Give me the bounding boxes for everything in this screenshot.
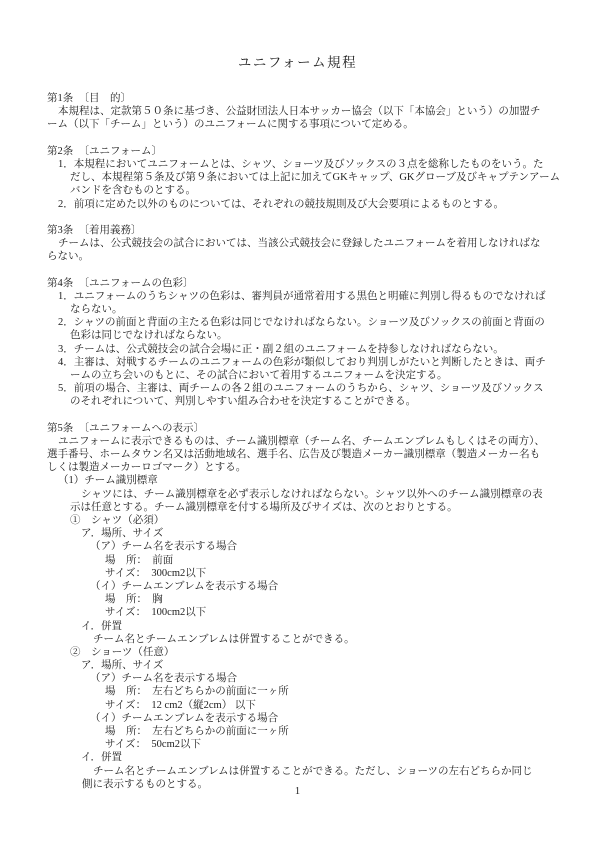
text-line: （イ）チームエンブレムを表示する場合	[47, 580, 555, 593]
text-line: （ア）チーム名を表示する場合	[47, 672, 555, 685]
blank-line	[47, 409, 555, 422]
text-line: だし、本規程第５条及び第９条においては上記に加えてGKキャップ、GKグローブ及び…	[47, 171, 555, 184]
text-line: チーム名とチームエンブレムは併置することができる。	[47, 633, 555, 646]
text-line: 4．主審は、対戦するチームのユニフォームの色彩が類似しており判別しがたいと判断し…	[47, 356, 555, 369]
text-line: 場 所： 左右どちらかの前面に一ヶ所	[47, 685, 555, 698]
text-line: 場 所： 前面	[47, 554, 555, 567]
text-line: 2．シャツの前面と背面の主たる色彩は同じでなければならない。ショーツ及びソックス…	[47, 316, 555, 329]
text-line: 場 所： 左右どちらかの前面に一ヶ所	[47, 725, 555, 738]
text-line: （1）チーム識別標章	[47, 474, 555, 487]
text-line: 第1条 〔目 的〕	[47, 92, 555, 105]
text-line: サイズ： 12 cm2（縦2cm） 以下	[47, 699, 555, 712]
text-line: 示は任意とする。チーム識別標章を付する場所及びサイズは、次のとおりとする。	[47, 501, 555, 514]
text-line: 本規程は、定款第５０条に基づき、公益財団法人日本サッカー協会（以下「本協会」とい…	[47, 105, 555, 118]
text-line: イ．併置	[47, 620, 555, 633]
text-line: ユニフォームに表示できるものは、チーム識別標章（チーム名、チームエンブレムもしく…	[47, 435, 555, 448]
text-line: ならない。	[47, 303, 555, 316]
text-line: ア．場所、サイズ	[47, 659, 555, 672]
blank-line	[47, 211, 555, 224]
text-line: ーム（以下「チーム」という）のユニフォームに関する事項について定める。	[47, 118, 555, 131]
text-line: チーム名とチームエンブレムは併置することができる。ただし、ショーツの左右どちらか…	[47, 765, 555, 778]
text-line: 第4条 〔ユニフォームの色彩〕	[47, 277, 555, 290]
text-line: 第2条 〔ユニフォーム〕	[47, 145, 555, 158]
text-line: イ．併置	[47, 751, 555, 764]
text-line: 5．前項の場合、主審は、両チームの各２組のユニフォームのうちから、シャツ、ショー…	[47, 382, 555, 395]
text-line: らない。	[47, 250, 555, 263]
text-line: 1．本規程においてユニフォームとは、シャツ、ショーツ及びソックスの３点を総称した…	[47, 158, 555, 171]
text-line: ② ショーツ（任意）	[47, 646, 555, 659]
text-line: バンドを含むものとする。	[47, 184, 555, 197]
text-line: ームの立ち会いのもとに、その試合において着用するユニフォームを決定する。	[47, 369, 555, 382]
text-line: 場 所： 胸	[47, 593, 555, 606]
text-line: 第5条 〔ユニフォームへの表示〕	[47, 422, 555, 435]
text-line: 2．前項に定めた以外のものについては、それぞれの競技規則及び大会要項によるものと…	[47, 198, 555, 211]
text-line: サイズ： 50cm2以下	[47, 738, 555, 751]
document-page: ユニフォーム規程 第1条 〔目 的〕本規程は、定款第５０条に基づき、公益財団法人…	[0, 0, 595, 841]
document-title: ユニフォーム規程	[0, 51, 595, 71]
text-line: 3．チームは、公式競技会の試合会場に正・副２組のユニフォームを持参しなければなら…	[47, 343, 555, 356]
text-line: サイズ： 100cm2以下	[47, 606, 555, 619]
text-line: サイズ： 300cm2以下	[47, 567, 555, 580]
document-body: 第1条 〔目 的〕本規程は、定款第５０条に基づき、公益財団法人日本サッカー協会（…	[47, 92, 555, 791]
text-line: （ア）チーム名を表示する場合	[47, 540, 555, 553]
text-line: のそれぞれについて、判別しやすい組み合わせを決定することができる。	[47, 395, 555, 408]
text-line: ア．場所、サイズ	[47, 527, 555, 540]
page-number: 1	[0, 786, 595, 797]
text-line: （イ）チームエンブレムを表示する場合	[47, 712, 555, 725]
text-line: ① シャツ（必須）	[47, 514, 555, 527]
blank-line	[47, 132, 555, 145]
text-line: シャツには、チーム識別標章を必ず表示しなければならない。シャツ以外へのチーム識別…	[47, 488, 555, 501]
blank-line	[47, 263, 555, 276]
text-line: 色彩は同じでなければならない。	[47, 329, 555, 342]
text-line: 選手番号、ホームタウン名又は活動地域名、選手名、広告及び製造メーカー識別標章（製…	[47, 448, 555, 461]
text-line: 1．ユニフォームのうちシャツの色彩は、審判員が通常着用する黒色と明確に判別し得る…	[47, 290, 555, 303]
text-line: 第3条 〔着用義務〕	[47, 224, 555, 237]
text-line: チームは、公式競技会の試合においては、当該公式競技会に登録したユニフォームを着用…	[47, 237, 555, 250]
text-line: しくは製造メーカーロゴマーク）とする。	[47, 461, 555, 474]
